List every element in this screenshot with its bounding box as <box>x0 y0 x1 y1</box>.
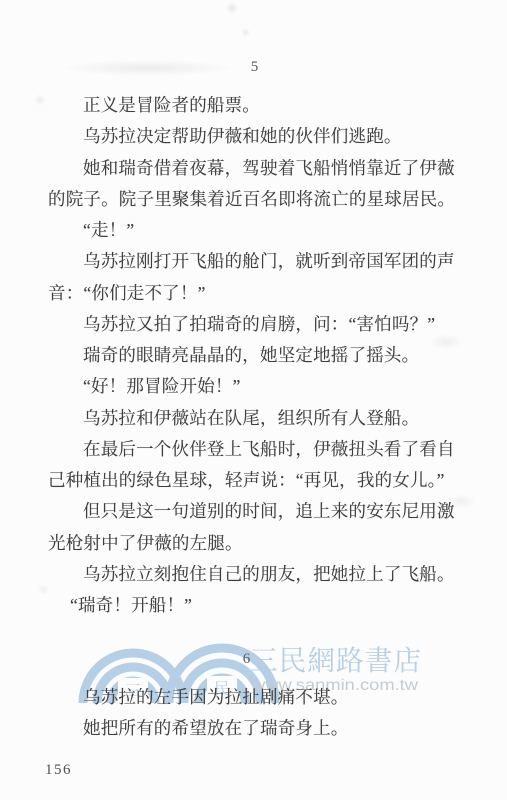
page-content: 5 正义是冒险者的船票。 乌苏拉决定帮助伊薇和她的伙伴们逃跑。 她和瑞奇借着夜幕… <box>0 0 507 800</box>
text-line: 的院子。院子里聚集着近百名即将流亡的星球居民。 <box>48 184 478 215</box>
text-line: 正义是冒险者的船票。 <box>48 90 478 121</box>
section-number-5: 5 <box>48 59 462 76</box>
text-line: 但只是这一句道别的时间，追上来的安东尼用激 <box>48 496 478 527</box>
text-line: 瑞奇的眼睛亮晶晶的，她坚定地摇了摇头。 <box>48 340 478 371</box>
text-line: 她把所有的希望放在了瑞奇身上。 <box>48 713 478 744</box>
text-line: 她和瑞奇借着夜幕，驾驶着飞船悄悄靠近了伊薇 <box>48 153 478 184</box>
text-line: 光枪射中了伊薇的左腿。 <box>48 528 478 559</box>
text-line: 乌苏拉和伊薇站在队尾，组织所有人登船。 <box>48 403 478 434</box>
section-number-6: 6 <box>40 651 454 668</box>
page-number: 156 <box>45 762 72 779</box>
book-page: 三 民 三民網路書店 www.sanmin.com.tw 5 正义是冒险者的船票… <box>0 0 507 800</box>
text-line: “走！” <box>48 215 478 246</box>
text-line: 己种植出的绿色星球，轻声说：“再见，我的女儿。” <box>48 465 478 496</box>
text-line: 在最后一个伙伴登上飞船时，伊薇扭头看了看自 <box>48 434 478 465</box>
text-line: “好！那冒险开始！” <box>48 371 478 402</box>
text-line: 音：“你们走不了！” <box>48 278 478 309</box>
text-line: 乌苏拉又拍了拍瑞奇的肩膀，问：“害怕吗？” <box>48 309 478 340</box>
section-5-text: 正义是冒险者的船票。 乌苏拉决定帮助伊薇和她的伙伴们逃跑。 她和瑞奇借着夜幕，驾… <box>48 90 478 621</box>
section-6-text: 乌苏拉的左手因为拉扯剧痛不堪。 她把所有的希望放在了瑞奇身上。 <box>48 682 478 745</box>
text-line: 乌苏拉决定帮助伊薇和她的伙伴们逃跑。 <box>48 121 478 152</box>
text-line: 乌苏拉立刻抱住自己的朋友，把她拉上了飞船。 <box>48 559 478 590</box>
text-line: “瑞奇！开船！” <box>48 590 478 621</box>
text-line: 乌苏拉的左手因为拉扯剧痛不堪。 <box>48 682 478 713</box>
text-line: 乌苏拉刚打开飞船的舱门，就听到帝国军团的声 <box>48 246 478 277</box>
